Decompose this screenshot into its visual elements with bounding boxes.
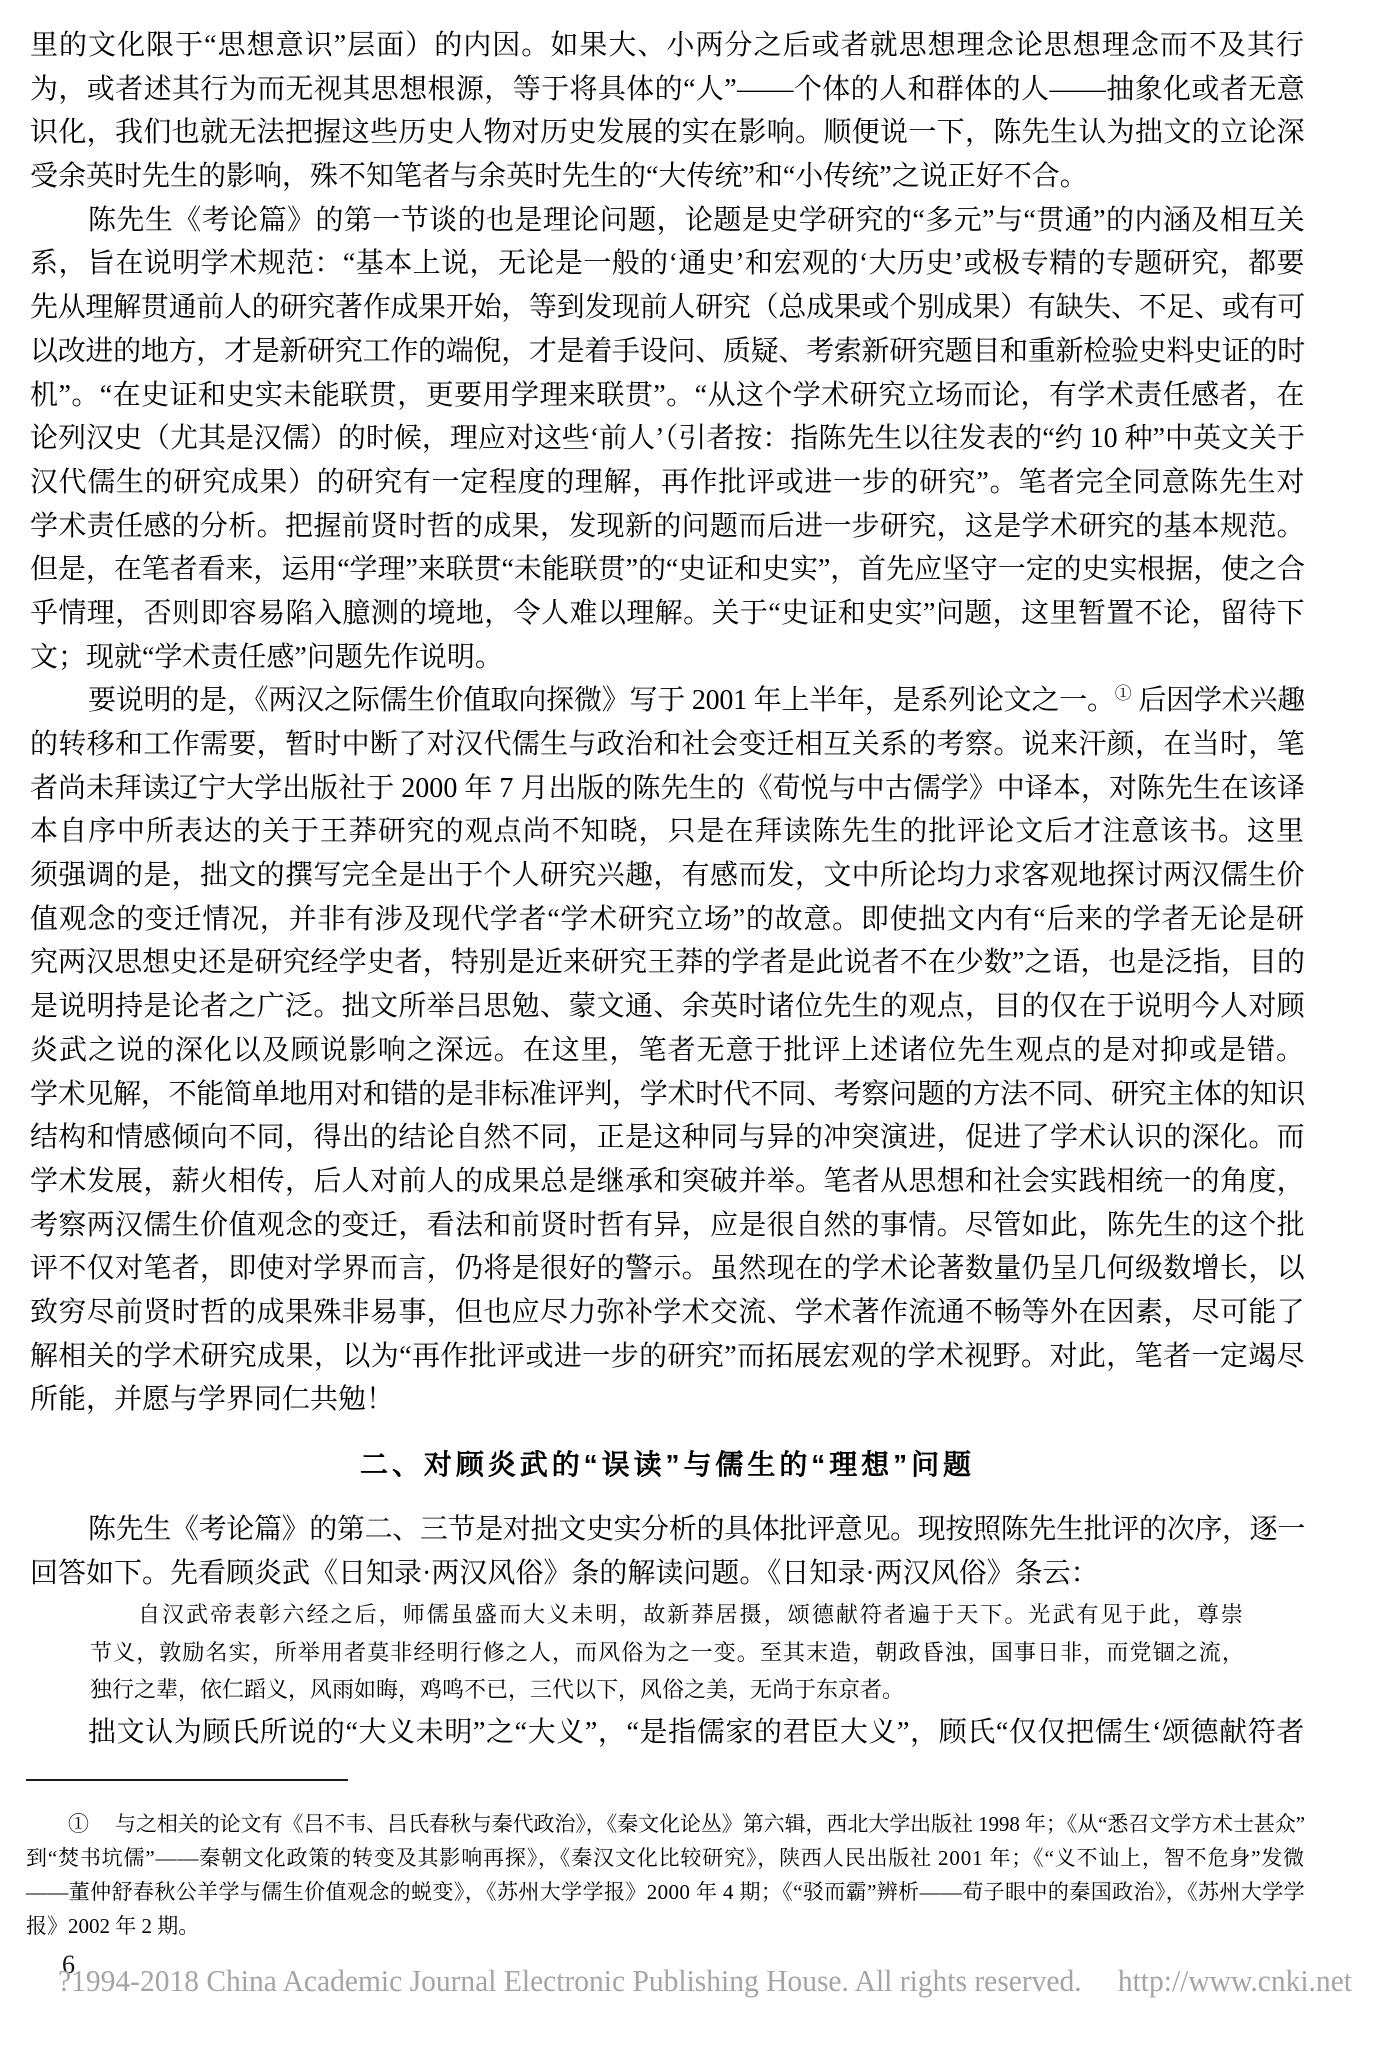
body-line: 所能，并愿与学界同仁共勉！	[30, 1378, 1305, 1422]
body-line: 致穷尽前贤时哲的成果殊非易事，但也应尽力弥补学术交流、学术著作流通不畅等外在因素…	[30, 1291, 1305, 1335]
body-line: 学术发展，薪火相传，后人对前人的成果总是继承和突破并举。笔者从思想和社会实践相统…	[30, 1160, 1305, 1204]
body-line: 里的文化限于“思想意识”层面）的内因。如果大、小两分之后或者就思想理念论思想理念…	[30, 24, 1305, 68]
body-line: 拙文认为顾氏所说的“大义未明”之“大义”，“是指儒家的君臣大义”，顾氏“仅仅把儒…	[88, 1711, 1305, 1755]
body-line: 论列汉史（尤其是汉儒）的时候，理应对这些‘前人’（引者按：指陈先生以往发表的“约…	[30, 417, 1305, 461]
body-line: 乎情理，否则即容易陷入臆测的境地，令人难以理解。关于“史证和史实”问题，这里暂置…	[30, 592, 1305, 636]
body-line: 为，或者述其行为而无视其思想根源，等于将具体的“人”——个体的人和群体的人——抽…	[30, 68, 1305, 112]
footnote-line: 与之相关的论文有《吕不韦、吕氏春秋与秦代政治》，《秦文化论丛》第六辑，西北大学出…	[115, 1807, 1305, 1841]
quote-line: 独行之辈，依仁蹈义，风雨如晦，鸡鸣不已，三代以下，风俗之美，无尚于东京者。	[90, 1671, 1245, 1709]
body-line-text: 要说明的是，《两汉之际儒生价值取向探微》写于 2001 年上半年，是系列论文之一…	[88, 685, 1115, 716]
footnote-line: 到“焚书坑儒”——秦朝文化政策的转变及其影响再探》，《秦汉文化比较研究》，陕西人…	[26, 1841, 1305, 1875]
body-line: 汉代儒生的研究成果）的研究有一定程度的理解，再作批评或进一步的研究”。笔者完全同…	[30, 461, 1305, 505]
body-line: 陈先生《考论篇》的第二、三节是对拙文史实分析的具体批评意见。现按照陈先生批评的次…	[88, 1508, 1305, 1552]
footnotes: ① 与之相关的论文有《吕不韦、吕氏春秋与秦代政治》，《秦文化论丛》第六辑，西北大…	[26, 1807, 1305, 1943]
section-intro-paragraph: 陈先生《考论篇》的第二、三节是对拙文史实分析的具体批评意见。现按照陈先生批评的次…	[30, 1508, 1305, 1596]
body-line: 是说明持是论者之广泛。拙文所举吕思勉、蒙文通、余英时诸位先生的观点，目的仅在于说…	[30, 985, 1305, 1029]
footnote-marker: ①	[68, 1807, 89, 1841]
body-line: 学术见解，不能简单地用对和错的是非标准评判，学术时代不同、考察问题的方法不同、研…	[30, 1073, 1305, 1117]
body-line: 的转移和工作需要，暂时中断了对汉代儒生与政治和社会变迁相互关系的考察。说来汗颜，…	[30, 723, 1305, 767]
paragraph-3: 要说明的是，《两汉之际儒生价值取向探微》写于 2001 年上半年，是系列论文之一…	[30, 679, 1305, 1422]
body-line: 回答如下。先看顾炎武《日知录·两汉风俗》条的解读问题。《日知录·两汉风俗》条云：	[30, 1552, 1305, 1596]
body-line: 学术责任感的分析。把握前贤时哲的成果，发现新的问题而后进一步研究，这是学术研究的…	[30, 505, 1305, 549]
quote-line: 节义，敦励名实，所举用者莫非经明行修之人，而风俗为之一变。至其末造，朝政昏浊，国…	[90, 1634, 1245, 1672]
body-text: 里的文化限于“思想意识”层面）的内因。如果大、小两分之后或者就思想理念论思想理念…	[30, 24, 1305, 1422]
footer-url: http://www.cnki.net	[1118, 1963, 1352, 1998]
body-line: 评不仅对笔者，即使对学界而言，仍将是很好的警示。虽然现在的学术论著数量仍呈几何级…	[30, 1247, 1305, 1291]
quote-line: 自汉武帝表彰六经之后，师儒虽盛而大义未明，故新莽居摄，颂德献符者遍于天下。光武有…	[138, 1596, 1245, 1634]
body-line: 先从理解贯通前人的研究著作成果开始，等到发现前人研究（总成果或个别成果）有缺失、…	[30, 286, 1305, 330]
body-line: 要说明的是，《两汉之际儒生价值取向探微》写于 2001 年上半年，是系列论文之一…	[88, 679, 1305, 723]
body-line: 值观念的变迁情况，并非有涉及现代学者“学术研究立场”的故意。即使拙文内有“后来的…	[30, 898, 1305, 942]
body-line: 受余英时先生的影响，殊不知笔者与余英时先生的“大传统”和“小传统”之说正好不合。	[30, 155, 1305, 199]
footnote-separator	[26, 1779, 348, 1781]
journal-page: 里的文化限于“思想意识”层面）的内因。如果大、小两分之后或者就思想理念论思想理念…	[0, 0, 1377, 2047]
body-line: 但是，在笔者看来，运用“学理”来联贯“未能联贯”的“史证和史实”，首先应坚守一定…	[30, 548, 1305, 592]
block-quote: 自汉武帝表彰六经之后，师儒虽盛而大义未明，故新莽居摄，颂德献符者遍于天下。光武有…	[90, 1596, 1245, 1709]
footnote-line: ——董仲舒春秋公羊学与儒生价值观念的蜕变》，《苏州大学学报》2000 年 4 期…	[26, 1875, 1305, 1909]
copyright-footer: ?1994-2018 China Academic Journal Electr…	[58, 1963, 1290, 1999]
body-line: 炎武之说的深化以及顾说影响之深远。在这里，笔者无意于批评上述诸位先生观点的是对抑…	[30, 1029, 1305, 1073]
body-line: 解相关的学术研究成果，以为“再作批评或进一步的研究”而拓展宏观的学术视野。对此，…	[30, 1335, 1305, 1379]
body-line: 文；现就“学术责任感”问题先作说明。	[30, 636, 1305, 680]
continuation-paragraph: 拙文认为顾氏所说的“大义未明”之“大义”，“是指儒家的君臣大义”，顾氏“仅仅把儒…	[88, 1711, 1305, 1755]
body-line: 者尚未拜读辽宁大学出版社于 2000 年 7 月出版的陈先生的《荀悦与中古儒学》…	[30, 767, 1305, 811]
body-line: 本自序中所表达的关于王莽研究的观点尚不知晓，只是在拜读陈先生的批评论文后才注意该…	[30, 810, 1305, 854]
section-heading: 二、对顾炎武的“误读”与儒生的“理想”问题	[360, 1443, 975, 1487]
body-line: 以改进的地方，才是新研究工作的端倪，才是着手设问、质疑、考索新研究题目和重新检验…	[30, 330, 1305, 374]
body-line-text: 后因学术兴趣	[1132, 685, 1305, 716]
paragraph-2: 陈先生《考论篇》的第一节谈的也是理论问题，论题是史学研究的“多元”与“贯通”的内…	[30, 199, 1305, 680]
footnote-row: ① 与之相关的论文有《吕不韦、吕氏春秋与秦代政治》，《秦文化论丛》第六辑，西北大…	[26, 1807, 1305, 1841]
paragraph-1: 里的文化限于“思想意识”层面）的内因。如果大、小两分之后或者就思想理念论思想理念…	[30, 24, 1305, 199]
body-line: 结构和情感倾向不同，得出的结论自然不同，正是这种同与异的冲突演进，促进了学术认识…	[30, 1116, 1305, 1160]
body-line: 系，旨在说明学术规范：“基本上说，无论是一般的‘通史’和宏观的‘大历史’或极专精…	[30, 242, 1305, 286]
body-line: 究两汉思想史还是研究经学史者，特别是近来研究王莽的学者是此说者不在少数”之语，也…	[30, 941, 1305, 985]
copyright-text: ?1994-2018 China Academic Journal Electr…	[58, 1963, 1082, 1998]
body-line: 考察两汉儒生价值观念的变迁，看法和前贤时哲有异，应是很自然的事情。尽管如此，陈先…	[30, 1204, 1305, 1248]
footnote-line: 报》2002 年 2 期。	[26, 1909, 1305, 1943]
body-line: 陈先生《考论篇》的第一节谈的也是理论问题，论题是史学研究的“多元”与“贯通”的内…	[88, 199, 1305, 243]
body-line: 须强调的是，拙文的撰写完全是出于个人研究兴趣，有感而发，文中所论均力求客观地探讨…	[30, 854, 1305, 898]
body-line: 机”。“在史证和史实未能联贯，更要用学理来联贯”。“从这个学术研究立场而论，有学…	[30, 374, 1305, 418]
body-line: 识化，我们也就无法把握这些历史人物对历史发展的实在影响。顺便说一下，陈先生认为拙…	[30, 111, 1305, 155]
footnote-reference: ①	[1115, 684, 1132, 703]
